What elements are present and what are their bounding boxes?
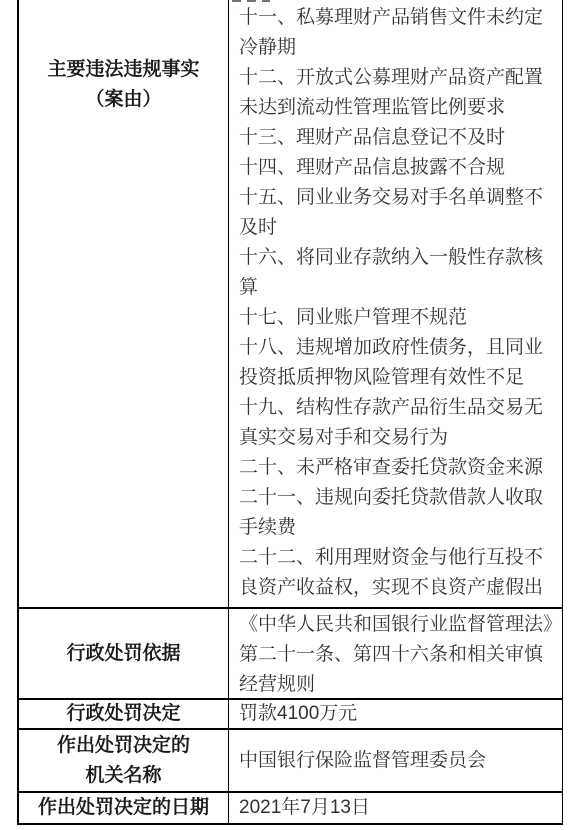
- violation-item: 十四、理财产品信息披露不合规: [239, 153, 554, 183]
- violation-item: 十六、将同业存款纳入一般性存款核算: [239, 243, 554, 303]
- violation-item: 十八、违规增加政府性债务，且同业投资抵质押物风险管理有效性不足: [239, 333, 554, 393]
- table-row-penalty-decision: 行政处罚决定 罚款4100万元: [19, 700, 562, 730]
- table-row-case-facts: 主要违法违规事实 （案由） 十一、私募理财产品销售文件未约定冷静期十二、开放式公…: [19, 0, 562, 609]
- decision-date-content: 2021年7月13日: [229, 793, 562, 823]
- penalty-table: 主要违法违规事实 （案由） 十一、私募理财产品销售文件未约定冷静期十二、开放式公…: [17, 0, 563, 825]
- table-row-penalty-basis: 行政处罚依据 《中华人民共和国银行业监督管理法》第二十一条、第四十六条和相关审慎…: [19, 609, 562, 700]
- violation-item: 十五、同业业务交易对手名单调整不及时: [239, 183, 554, 243]
- authority-text: 中国银行保险监督管理委员会: [239, 746, 554, 776]
- violation-item: 十九、结构性存款产品衍生品交易无真实交易对手和交易行为: [239, 393, 554, 453]
- violation-item: 十七、同业账户管理不规范: [239, 303, 554, 333]
- authority-header: 作出处罚决定的 机关名称: [19, 730, 229, 791]
- violation-item: 十二、开放式公募理财产品资产配置未达到流动性管理监管比例要求: [239, 63, 554, 123]
- case-facts-header: 主要违法违规事实 （案由）: [19, 0, 229, 607]
- top-clipped-text-fragment: [232, 0, 270, 2]
- authority-content: 中国银行保险监督管理委员会: [229, 730, 562, 791]
- penalty-decision-content: 罚款4100万元: [229, 700, 562, 728]
- case-facts-content: 十一、私募理财产品销售文件未约定冷静期十二、开放式公募理财产品资产配置未达到流动…: [229, 0, 562, 607]
- penalty-decision-text: 罚款4100万元: [239, 700, 554, 728]
- violation-item: 二十一、违规向委托贷款借款人收取手续费: [239, 483, 554, 543]
- decision-date-header: 作出处罚决定的日期: [19, 793, 229, 823]
- case-facts-header-line1: 主要违法违规事实: [47, 55, 199, 85]
- penalty-basis-content: 《中华人民共和国银行业监督管理法》第二十一条、第四十六条和相关审慎经营规则: [229, 609, 562, 698]
- decision-date-text: 2021年7月13日: [239, 793, 554, 823]
- case-facts-header-line2: （案由）: [85, 85, 161, 115]
- authority-header-line2: 机关名称: [85, 761, 161, 791]
- penalty-basis-header: 行政处罚依据: [19, 609, 229, 698]
- violation-item: 二十二、利用理财资金与他行互投不良资产收益权，实现不良资产虚假出表: [239, 543, 554, 607]
- authority-header-line1: 作出处罚决定的: [57, 731, 190, 761]
- violation-item: 十一、私募理财产品销售文件未约定冷静期: [239, 3, 554, 63]
- violation-item: 二十、未严格审查委托贷款资金来源: [239, 453, 554, 483]
- violation-item: 十三、理财产品信息登记不及时: [239, 123, 554, 153]
- penalty-basis-text: 《中华人民共和国银行业监督管理法》第二十一条、第四十六条和相关审慎经营规则: [239, 610, 554, 698]
- penalty-decision-header: 行政处罚决定: [19, 700, 229, 728]
- table-row-decision-date: 作出处罚决定的日期 2021年7月13日: [19, 793, 562, 825]
- table-row-authority: 作出处罚决定的 机关名称 中国银行保险监督管理委员会: [19, 730, 562, 793]
